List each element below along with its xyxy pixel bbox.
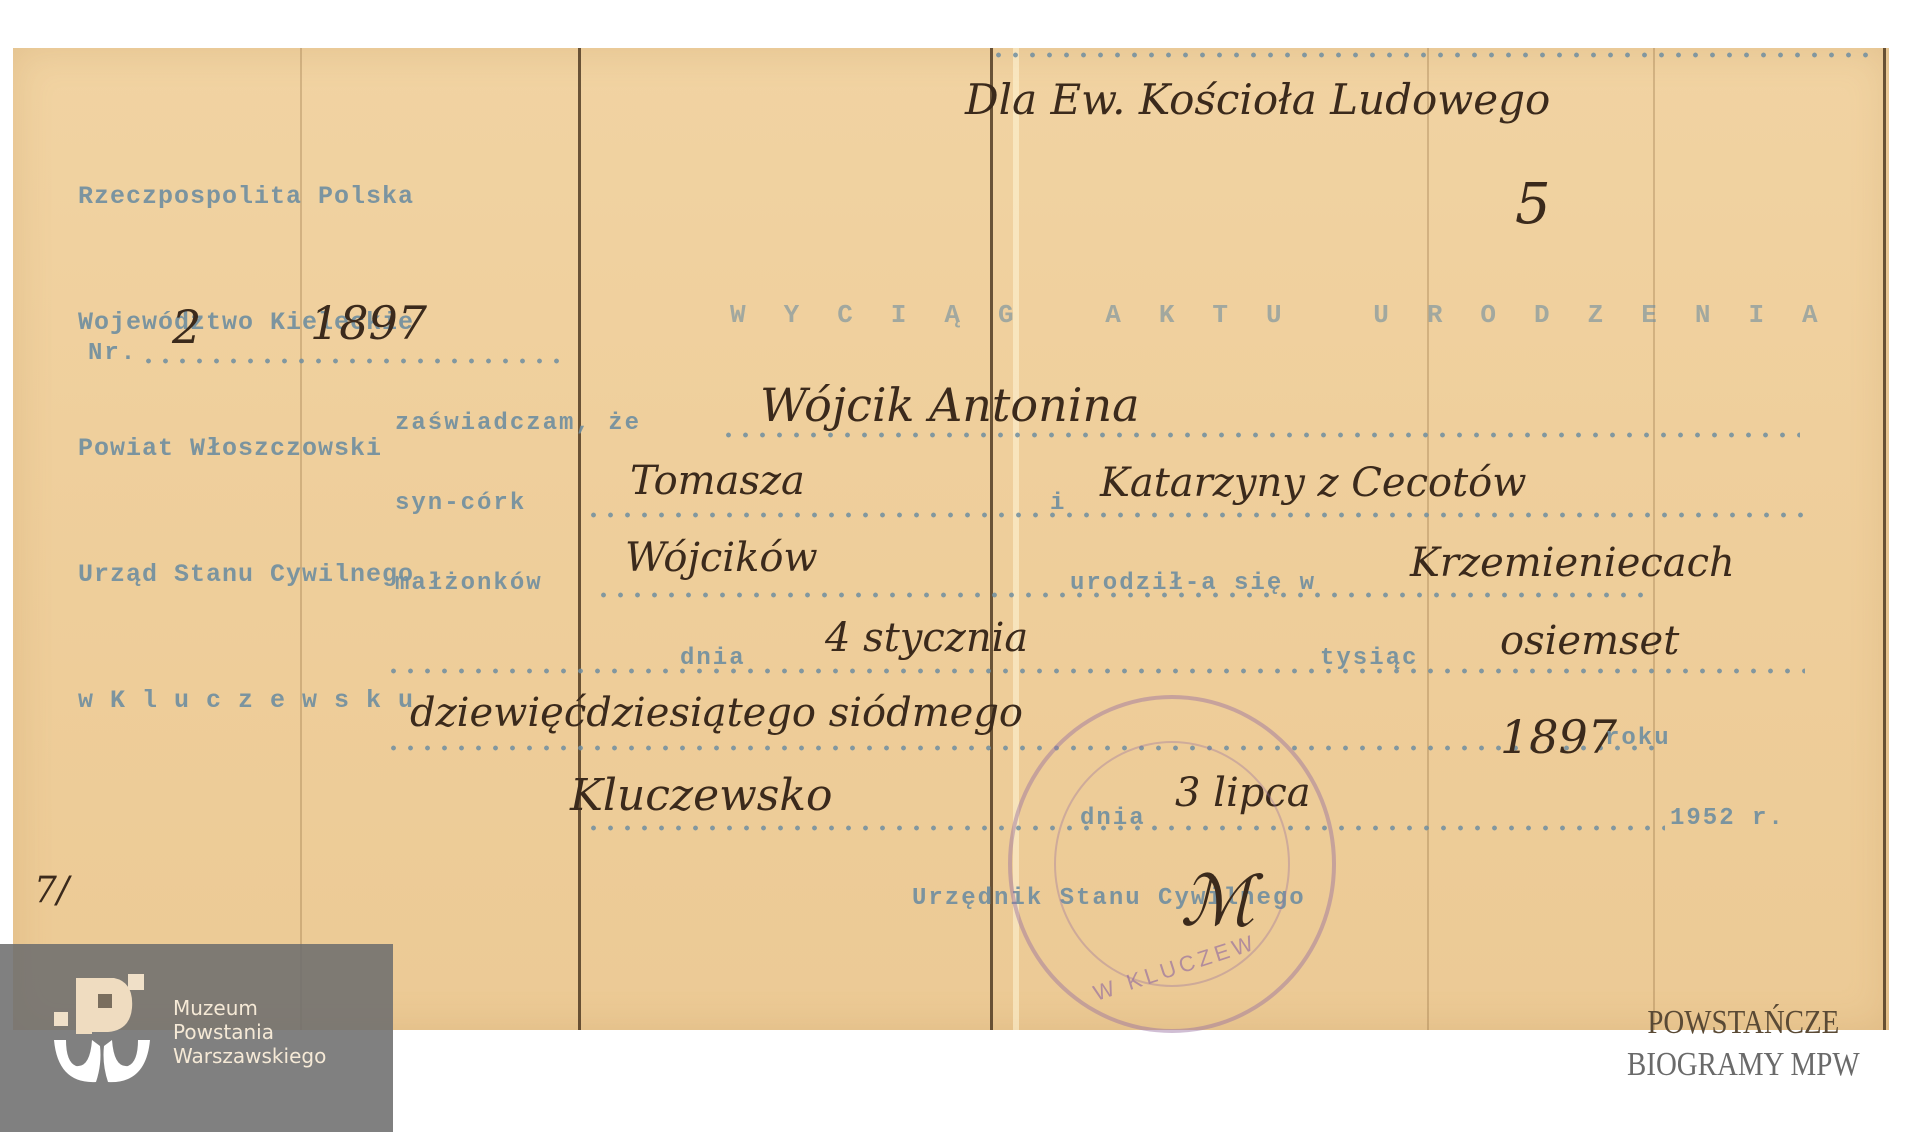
birth-year: 1897 [1500, 710, 1617, 764]
document-title: WYCIĄG AKTU URODZENIA [730, 300, 1856, 330]
fold-line [578, 48, 581, 1030]
dotted-rule [585, 512, 1805, 518]
watermark: POWSTAŃCZE BIOGRAMY MPW [1627, 1002, 1860, 1086]
father-name: Tomasza [630, 458, 805, 504]
fold-line [1653, 48, 1655, 1030]
child-name: Wójcik Antonina [760, 378, 1140, 432]
field-label: urodził-a się w [1070, 570, 1316, 597]
museum-name: Muzeum Powstania Warszawskiego [173, 996, 326, 1068]
header-line: Powiat Włoszczowski [78, 428, 414, 470]
field-label: syn-córk [395, 490, 526, 517]
nr-value: 2 [172, 300, 201, 354]
header-line: w K l u c z e w s k u [78, 680, 414, 722]
mother-name: Katarzyny z Cecotów [1100, 460, 1526, 506]
nr-year: 1897 [310, 296, 427, 350]
dotted-rule [720, 432, 1800, 438]
issuer-header: Rzeczpospolita Polska Województwo Kielec… [78, 92, 414, 764]
issue-place: Kluczewsko [570, 770, 833, 821]
nr-label: Nr. [88, 340, 137, 367]
museum-name-line: Muzeum [173, 996, 326, 1020]
dotted-rule [140, 358, 570, 364]
paper-edge [1883, 48, 1886, 1030]
margin-mark: 7/ [34, 870, 69, 911]
anchor-logo-icon [52, 974, 152, 1086]
field-label: roku [1605, 725, 1671, 752]
birth-day-month: 4 stycznia [825, 615, 1028, 661]
field-label: tysiąc [1320, 645, 1418, 672]
fold-line [990, 48, 993, 1030]
birth-place: Krzemieniecach [1410, 540, 1735, 586]
issue-year: 1952 r. [1670, 805, 1785, 832]
field-label: zaświadczam, że [395, 410, 641, 437]
watermark-line: POWSTAŃCZE [1627, 1002, 1860, 1044]
dotted-rule [385, 668, 1805, 674]
field-label: i [1050, 490, 1066, 517]
museum-logo: Muzeum Powstania Warszawskiego [0, 944, 393, 1132]
header-line: Rzeczpospolita Polska [78, 176, 414, 218]
top-number: 5 [1515, 172, 1551, 237]
museum-name-line: Warszawskiego [173, 1044, 326, 1068]
parents-surname: Wójcików [625, 535, 818, 581]
field-label: dnia [680, 645, 746, 672]
top-note: Dla Ew. Kościoła Ludowego [965, 75, 1550, 124]
watermark-line: BIOGRAMY MPW [1627, 1044, 1860, 1086]
dotted-rule [990, 52, 1880, 58]
dotted-rule [385, 745, 1665, 751]
fold-line [1427, 48, 1429, 1030]
field-label: małżonków [395, 570, 543, 597]
museum-name-line: Powstania [173, 1020, 326, 1044]
year-words-1: osiemset [1500, 618, 1679, 664]
header-line: Urząd Stanu Cywilnego [78, 554, 414, 596]
year-words-2: dziewięćdziesiątego siódmego [410, 690, 1023, 736]
